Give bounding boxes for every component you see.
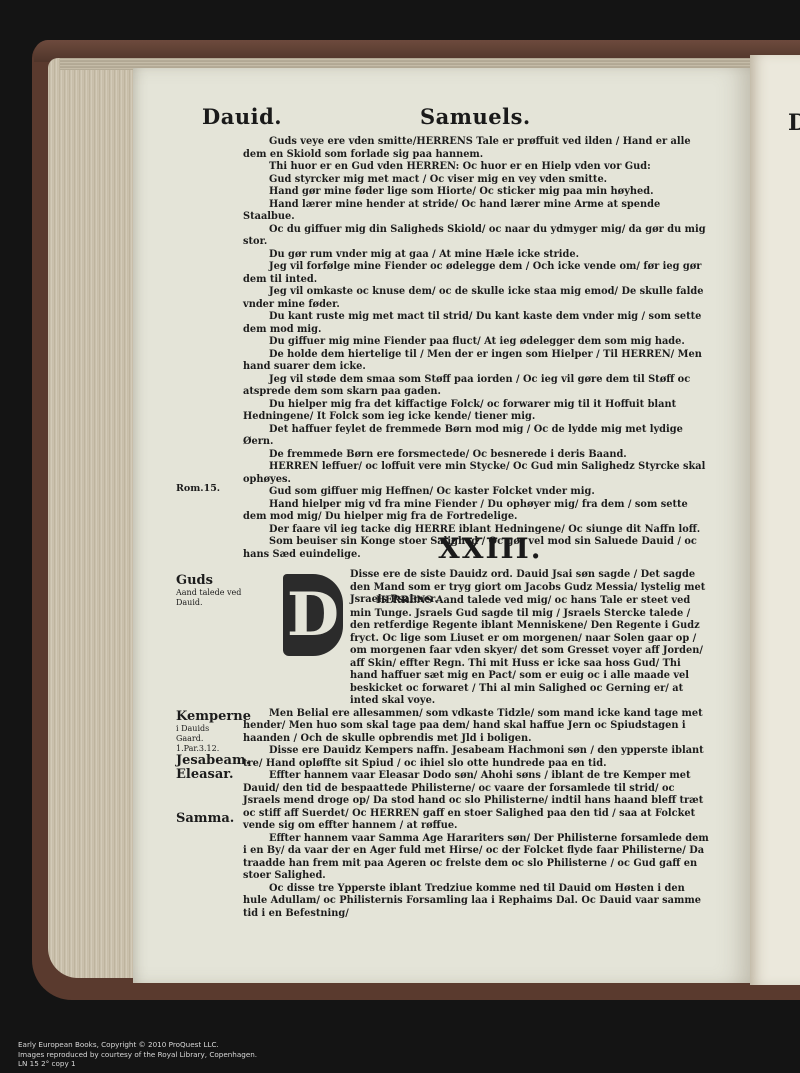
verse: Oc du giffuer mig din Saligheds Skiold/ … <box>243 224 710 249</box>
verse: Hand lærer mine hender at stride/ Oc han… <box>243 199 710 224</box>
margin-note-line: i Dauids <box>176 724 251 734</box>
footer-line: Early European Books, Copyright © 2010 P… <box>18 1040 257 1050</box>
margin-note-line: Gaard. <box>176 734 251 744</box>
verse: Effter hannem vaar Eleasar Dodo søn/ Aho… <box>243 770 710 833</box>
verse: Guds veye ere vden smitte/HERRENS Tale e… <box>243 136 710 161</box>
verse: Du kant ruste mig met mact til strid/ Du… <box>243 311 710 336</box>
verse: Du hielper mig fra det kiffactige Folck/… <box>243 399 710 424</box>
running-head-left: Dauid. <box>202 104 282 129</box>
verse: Effter hannem vaar Samma Age Harariters … <box>243 833 710 883</box>
margin-note-title: Guds <box>176 574 241 588</box>
margin-note-title: Kemperne <box>176 710 251 724</box>
facing-page <box>750 55 800 985</box>
margin-note-samma: Samma. <box>176 812 234 826</box>
body-text-part2: HERRENS Aand talede ved mig/ oc hans Tal… <box>243 595 710 920</box>
verse: Jeg vil forfølge mine Fiender oc ødelegg… <box>243 261 710 286</box>
footer-line: LN 15 2° copy 1 <box>18 1059 257 1069</box>
verse: Jeg vil støde dem smaa som Støff paa ior… <box>243 374 710 399</box>
verse: Jeg vil omkaste oc knuse dem/ oc de skul… <box>243 286 710 311</box>
verse: Oc disse tre Ypperste iblant Tredziue ko… <box>243 883 710 921</box>
verse: HERREN leffuer/ oc loffuit vere min Styc… <box>243 461 710 486</box>
margin-note-rom: Rom.15. <box>176 484 220 494</box>
margin-note-jesabeam: Jesabeam. <box>176 754 251 768</box>
running-head-center: Samuels. <box>420 104 531 129</box>
footer-line: Images reproduced by courtesy of the Roy… <box>18 1050 257 1060</box>
margin-note-eleasar: Eleasar. <box>176 768 251 782</box>
verse: Du gør rum vnder mig at gaa / At mine Hæ… <box>243 249 710 262</box>
body-text-part1: Guds veye ere vden smitte/HERRENS Tale e… <box>243 136 710 561</box>
margin-note-line: Aand talede ved <box>176 588 241 598</box>
margin-note-kemperne: Kemperne i Dauids Gaard. 1.Par.3.12. Jes… <box>176 710 251 782</box>
verse: Disse ere Dauidz Kempers naffn. Jesabeam… <box>243 745 710 770</box>
margin-note-line: Dauid. <box>176 598 241 608</box>
verse: Du giffuer mig mine Fiender paa fluct/ A… <box>243 336 710 349</box>
copyright-footer: Early European Books, Copyright © 2010 P… <box>18 1040 257 1069</box>
verse: Gud styrcker mig met mact / Oc viser mig… <box>243 174 710 187</box>
verse: HERRENS Aand talede ved mig/ oc hans Tal… <box>243 595 710 708</box>
verse: De fremmede Børn ere forsmectede/ Oc bes… <box>243 449 710 462</box>
verse: Thi huor er en Gud vden HERREN: Oc huor … <box>243 161 710 174</box>
verse: Gud som giffuer mig Heffnen/ Oc kaster F… <box>243 486 710 499</box>
margin-note-guds: Guds Aand talede ved Dauid. <box>176 574 241 608</box>
verse: Det haffuer feylet de fremmede Børn mod … <box>243 424 710 449</box>
verse: Hand hielper mig vd fra mine Fiender / D… <box>243 499 710 524</box>
facing-page-running-head: D <box>788 110 800 136</box>
verse: De holde dem hiertelige til / Men der er… <box>243 349 710 374</box>
page-stack-edges <box>48 58 140 978</box>
chapter-heading: XXIII. <box>438 532 543 565</box>
verse: Men Belial ere allesammen/ som vdkaste T… <box>243 708 710 746</box>
verse: Hand gør mine føder lige som Hiorte/ Oc … <box>243 186 710 199</box>
